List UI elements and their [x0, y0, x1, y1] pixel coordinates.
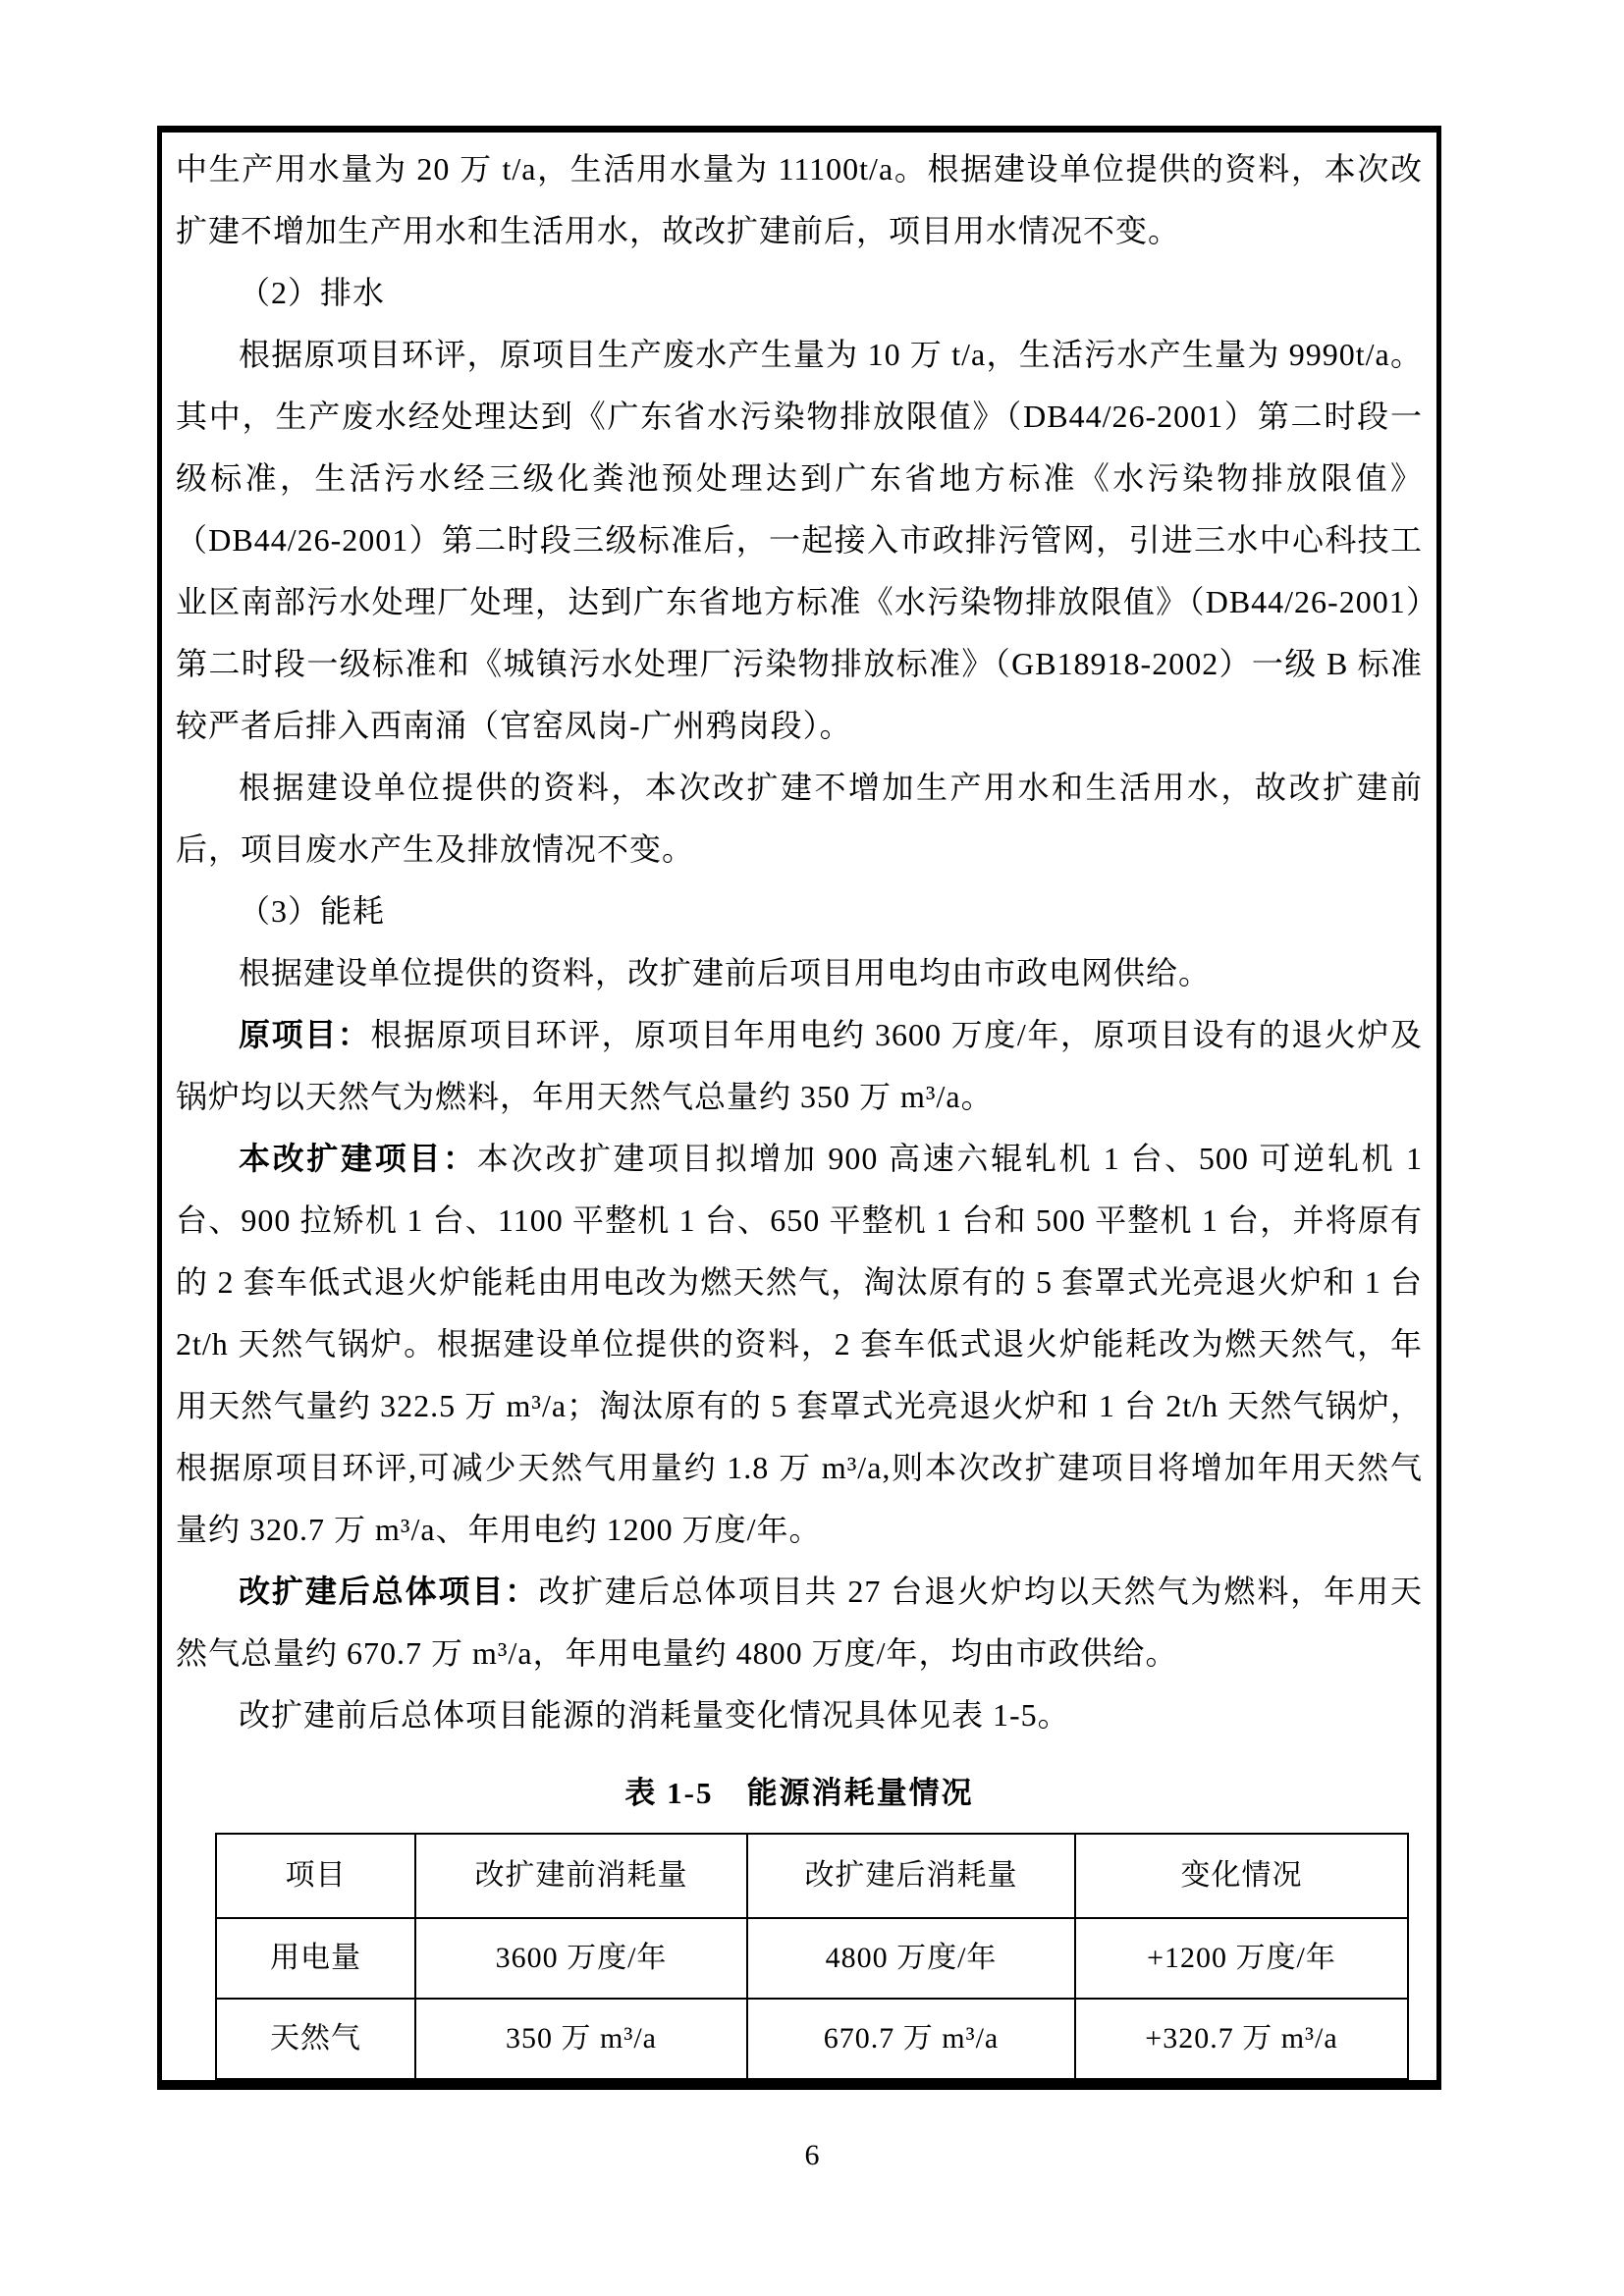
paragraph-text: 根据原项目环评，原项目生产废水产生量为 10 万 t/a，生活污水产生量为 99…: [176, 337, 1423, 743]
document-page: 中生产用水量为 20 万 t/a，生活用水量为 11100t/a。根据建设单位提…: [0, 0, 1624, 2296]
table-body: 用电量3600 万度/年4800 万度/年+1200 万度/年天然气350 万 …: [216, 1918, 1408, 2079]
paragraph: 根据原项目环评，原项目生产废水产生量为 10 万 t/a，生活污水产生量为 99…: [176, 324, 1423, 757]
paragraph-lead-bold: 改扩建后总体项目：: [239, 1574, 538, 1609]
paragraph: 根据建设单位提供的资料，本次改扩建不增加生产用水和生活用水，故改扩建前后，项目废…: [176, 757, 1423, 881]
table-header-cell: 项目: [216, 1834, 415, 1918]
paragraph-text: 根据建设单位提供的资料，本次改扩建不增加生产用水和生活用水，故改扩建前后，项目废…: [176, 770, 1423, 867]
paragraph: 改扩建后总体项目：改扩建后总体项目共 27 台退火炉均以天然气为燃料，年用天然气…: [176, 1561, 1423, 1684]
page-number: 6: [0, 2136, 1624, 2175]
table-caption: 表 1-5能源消耗量情况: [176, 1772, 1423, 1815]
paragraph-text: 改扩建前后总体项目能源的消耗量变化情况具体见表 1-5。: [239, 1697, 1070, 1733]
table-cell: 4800 万度/年: [747, 1918, 1075, 1999]
paragraph: 改扩建前后总体项目能源的消耗量变化情况具体见表 1-5。: [176, 1684, 1423, 1746]
table-row: 用电量3600 万度/年4800 万度/年+1200 万度/年: [216, 1918, 1408, 1999]
paragraph: 本改扩建项目：本次改扩建项目拟增加 900 高速六辊轧机 1 台、500 可逆轧…: [176, 1128, 1423, 1561]
paragraph-lead-bold: 原项目：: [239, 1017, 370, 1052]
energy-consumption-table: 项目改扩建前消耗量改扩建后消耗量变化情况 用电量3600 万度/年4800 万度…: [215, 1833, 1409, 2080]
table-header-cell: 改扩建前消耗量: [415, 1834, 747, 1918]
paragraph: （3）能耗: [176, 881, 1423, 942]
table-zone: 表 1-5能源消耗量情况 项目改扩建前消耗量改扩建后消耗量变化情况 用电量360…: [176, 1772, 1423, 2080]
table-cell: 3600 万度/年: [415, 1918, 747, 1999]
paragraph-text: 中生产用水量为 20 万 t/a，生活用水量为 11100t/a。根据建设单位提…: [176, 151, 1423, 248]
table-header-cell: 变化情况: [1075, 1834, 1408, 1918]
table-row: 天然气350 万 m³/a670.7 万 m³/a+320.7 万 m³/a: [216, 1999, 1408, 2079]
table-cell: 天然气: [216, 1999, 415, 2079]
paragraph-lead-bold: 本改扩建项目：: [239, 1141, 477, 1176]
paragraph: （2）排水: [176, 262, 1423, 324]
paragraph-text: 本次改扩建项目拟增加 900 高速六辊轧机 1 台、500 可逆轧机 1 台、9…: [176, 1141, 1423, 1547]
paragraph: 根据建设单位提供的资料，改扩建前后项目用电均由市政电网供给。: [176, 942, 1423, 1004]
paragraph: 原项目：根据原项目环评，原项目年用电约 3600 万度/年，原项目设有的退火炉及…: [176, 1004, 1423, 1128]
table-caption-label: 表 1-5: [624, 1776, 713, 1810]
table-caption-title: 能源消耗量情况: [747, 1776, 974, 1810]
table-cell: 670.7 万 m³/a: [747, 1999, 1075, 2079]
table-cell: 350 万 m³/a: [415, 1999, 747, 2079]
document-body: 中生产用水量为 20 万 t/a，生活用水量为 11100t/a。根据建设单位提…: [176, 138, 1423, 1746]
paragraph: 中生产用水量为 20 万 t/a，生活用水量为 11100t/a。根据建设单位提…: [176, 138, 1423, 262]
paragraph-text: 根据建设单位提供的资料，改扩建前后项目用电均由市政电网供给。: [239, 955, 1211, 990]
table-cell: 用电量: [216, 1918, 415, 1999]
table-cell: +1200 万度/年: [1075, 1918, 1408, 1999]
paragraph-text: （2）排水: [239, 275, 385, 310]
table-header-row: 项目改扩建前消耗量改扩建后消耗量变化情况: [216, 1834, 1408, 1918]
table-header-cell: 改扩建后消耗量: [747, 1834, 1075, 1918]
paragraph-text: （3）能耗: [239, 893, 385, 929]
content-border-box: 中生产用水量为 20 万 t/a，生活用水量为 11100t/a。根据建设单位提…: [157, 126, 1441, 2090]
table-cell: +320.7 万 m³/a: [1075, 1999, 1408, 2079]
